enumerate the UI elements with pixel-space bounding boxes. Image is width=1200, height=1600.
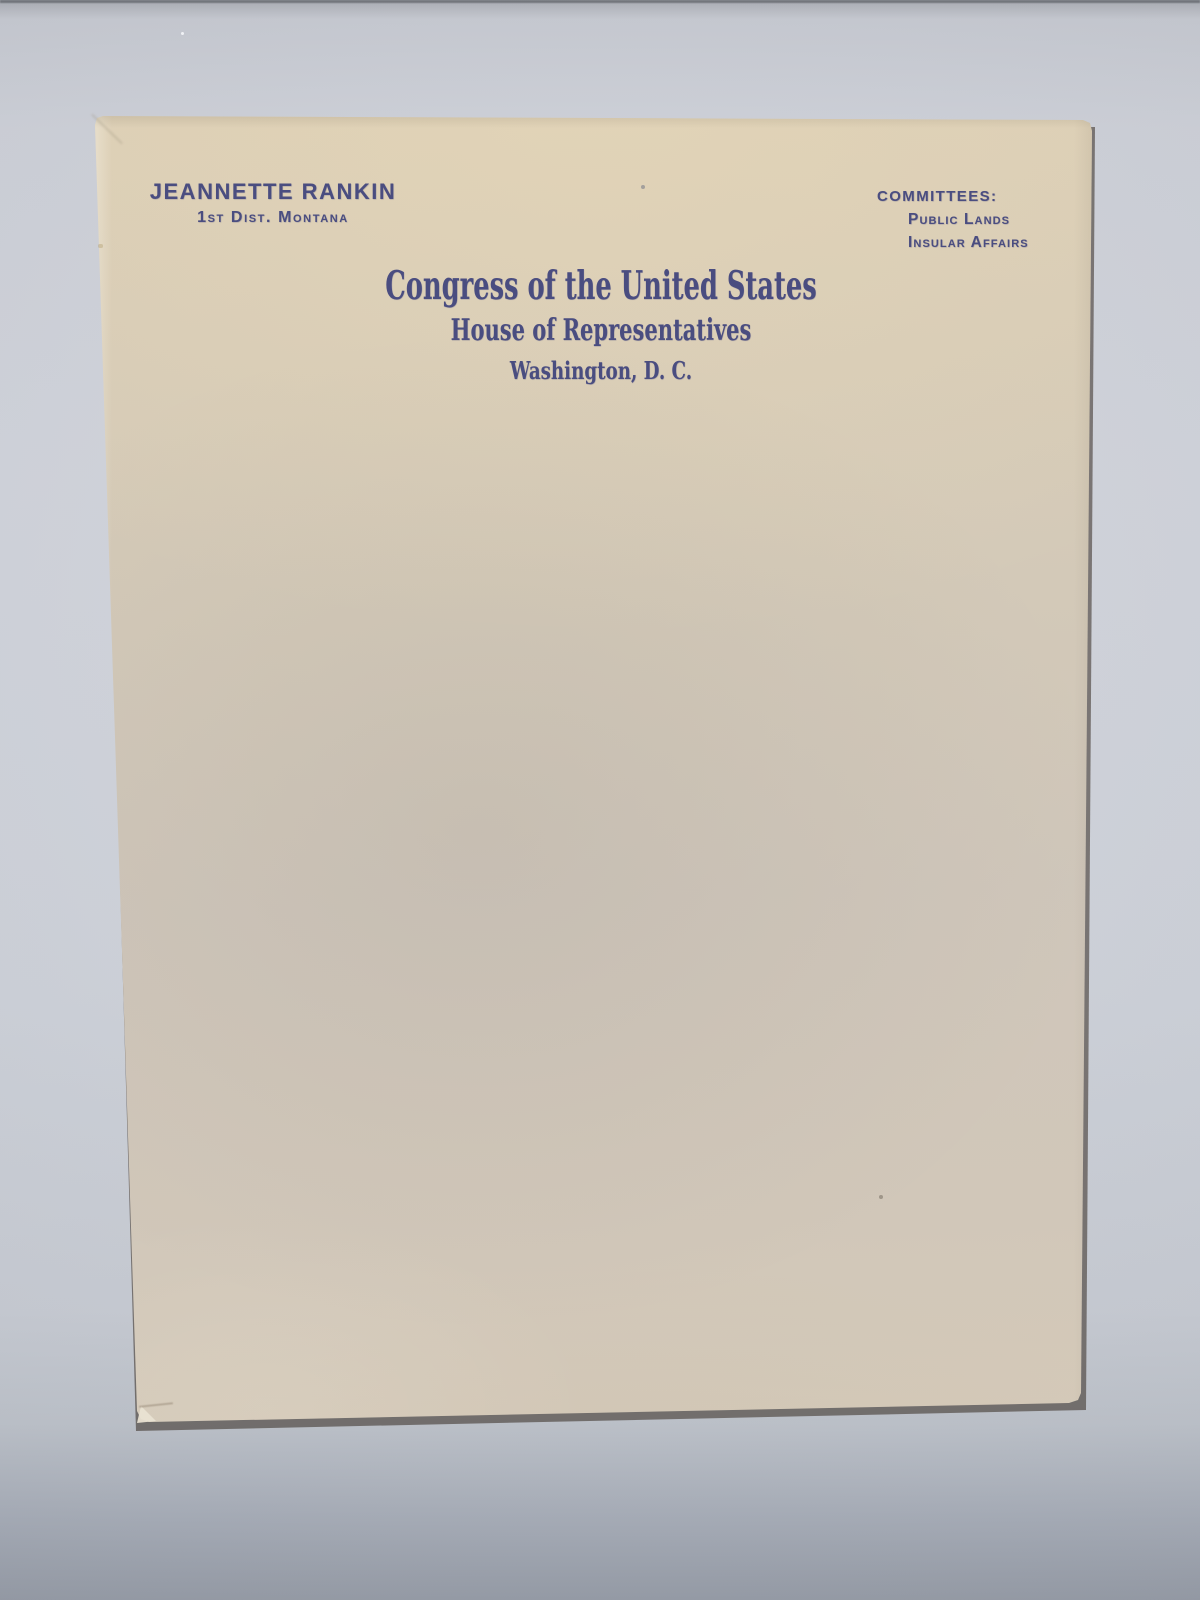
sender-name: JEANNETTE RANKIN: [135, 180, 411, 203]
committees-block: COMMITTEES: Public Lands Insular Affairs: [877, 189, 1029, 250]
masthead-congress-line: Congress of the United States: [337, 263, 865, 309]
masthead-washington-line: Washington, D. C.: [297, 356, 905, 385]
paper-speck: [98, 244, 103, 248]
committee-item: Public Lands: [908, 212, 1029, 228]
committee-item: Insular Affairs: [908, 235, 1029, 251]
wall-speck: [181, 32, 184, 35]
masthead-house-line: House of Representatives: [321, 313, 881, 348]
paper-speck: [879, 1195, 883, 1199]
committees-list: Public Lands Insular Affairs: [908, 212, 1029, 250]
paper-speck: [641, 185, 645, 189]
photo-backdrop: JEANNETTE RANKIN 1st Dist. Montana COMMI…: [0, 0, 1200, 1600]
sender-block: JEANNETTE RANKIN 1st Dist. Montana: [135, 180, 411, 227]
sender-district: 1st Dist. Montana: [135, 209, 411, 227]
committees-heading: COMMITTEES:: [877, 189, 1029, 204]
photo-top-edge: [0, 0, 1200, 3]
